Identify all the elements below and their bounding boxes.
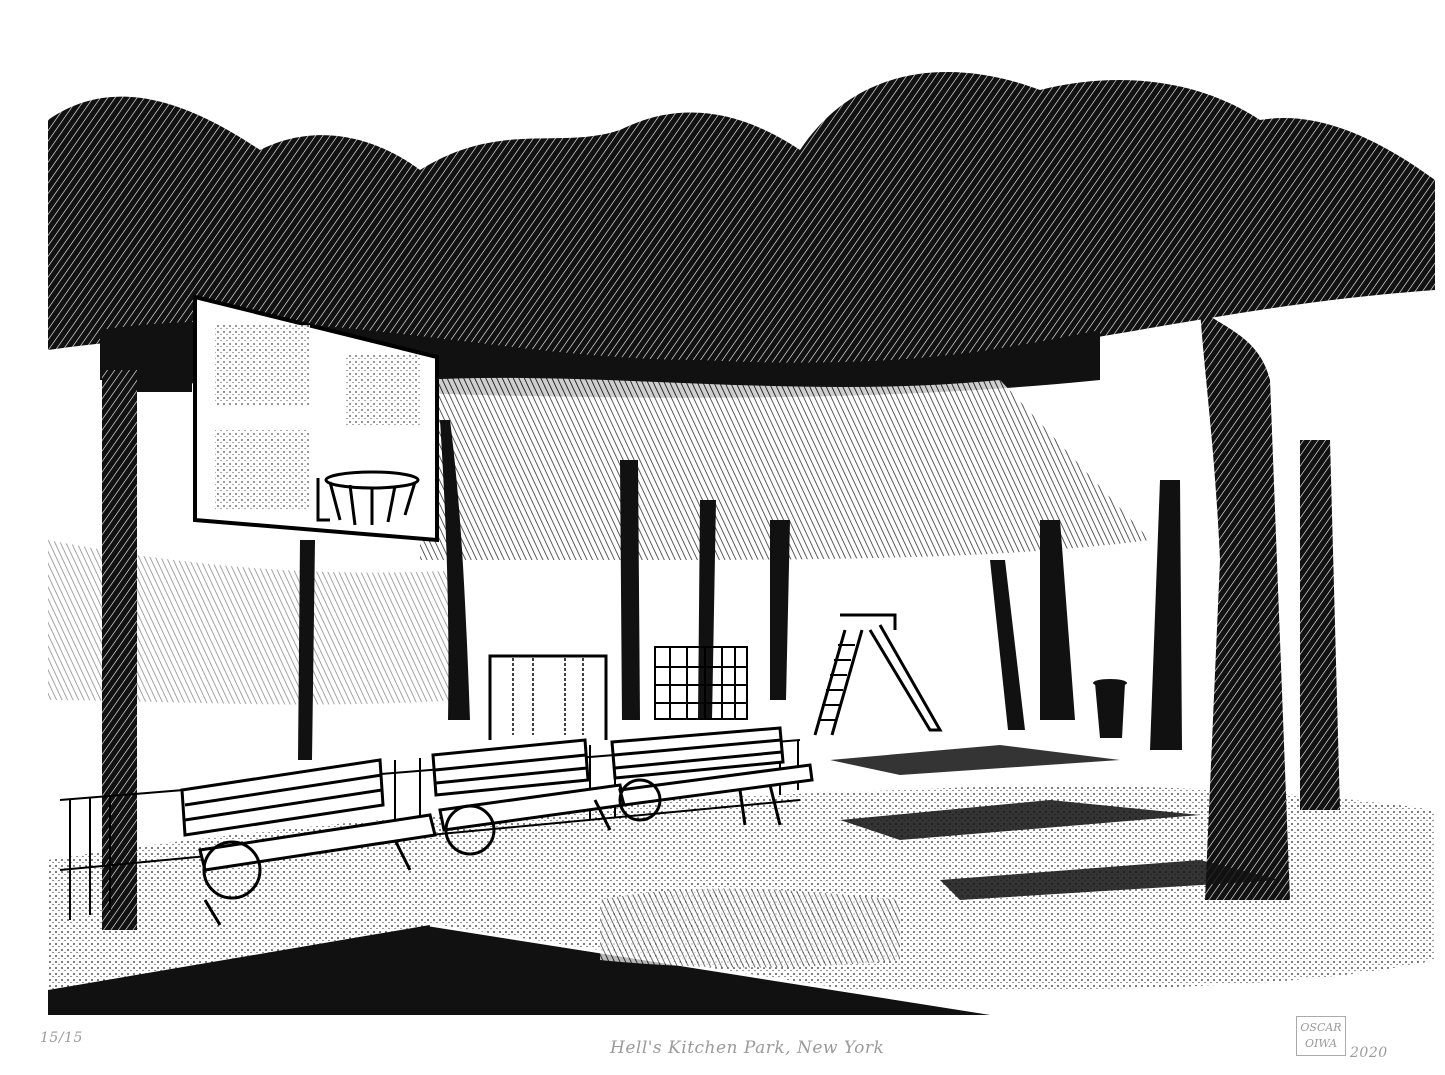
artwork-title: Hell's Kitchen Park, New York xyxy=(610,1038,884,1058)
signature-line-1: OSCAR xyxy=(1297,1020,1345,1036)
signature-line-2: OIWA xyxy=(1297,1036,1345,1052)
slide xyxy=(815,615,940,735)
artwork-year: 2020 xyxy=(1350,1045,1388,1061)
trash-can xyxy=(1093,679,1127,738)
swing-set xyxy=(490,656,606,740)
edition-number: 15/15 xyxy=(40,1030,83,1046)
park-illustration xyxy=(0,0,1445,1075)
artist-signature: OSCAR OIWA xyxy=(1296,1016,1346,1056)
